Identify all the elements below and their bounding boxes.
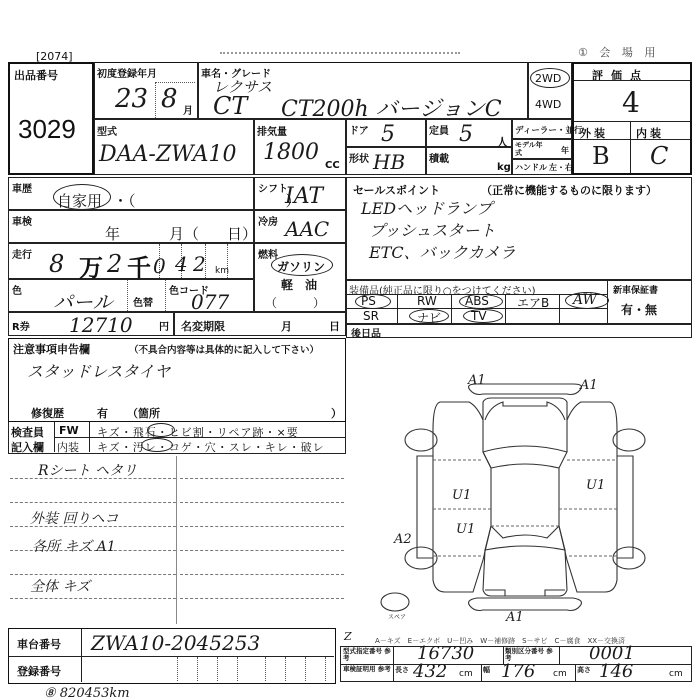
inspection-year-unit: 年 <box>105 223 120 244</box>
interior-items: キズ・汚レ・コゲ・穴・スレ・キレ・破レ <box>97 439 325 455</box>
damage-mark: U1 <box>456 522 475 537</box>
mileage-man-unit: 万 <box>79 248 103 283</box>
divider <box>155 82 156 118</box>
shift-value: IAT <box>285 184 323 209</box>
equipment-cell: 装備品(純正品に限り○をつけてください) 新車保証書 有・無 PS RW ABS… <box>346 280 692 324</box>
aircon-value: AAC <box>285 217 329 241</box>
divider <box>325 657 326 681</box>
remark-text: 全体 キズ <box>30 576 90 596</box>
lot-number-label: 出品番号 <box>14 67 58 83</box>
mileage-digit: 0 <box>153 254 166 278</box>
remark-line <box>180 574 344 575</box>
fuel-cell: 燃料 ガソリン 軽 油 （ ） <box>254 243 346 312</box>
registration-month: 8 <box>161 84 178 114</box>
divider <box>197 657 198 681</box>
notes-cell: 注意事項申告欄 （不具合内容等は具体的に記入して下さい） スタッドレスタイヤ 修… <box>8 338 346 422</box>
color-code: 077 <box>191 290 229 314</box>
model-year-cell: モデル年式 年 <box>512 139 572 159</box>
width-label: 幅 <box>483 665 490 675</box>
fuel-other: （ ） <box>265 294 325 311</box>
color-change-label: 色替 <box>133 294 153 309</box>
later-items-cell: 後日品 <box>346 324 692 338</box>
height-label: 高さ <box>577 665 591 675</box>
shape-cell: 形状 HB <box>346 147 426 175</box>
divider <box>574 80 690 81</box>
divider <box>559 647 560 664</box>
legend-mark: Z <box>344 630 352 643</box>
dealer-label: ディーラー・並行 <box>515 124 582 136</box>
divider <box>165 280 166 311</box>
notes-label: 注意事項申告欄 <box>13 341 90 357</box>
capacity-cell: 定員 5 人 <box>426 119 512 147</box>
mileage-label: 走行 <box>12 246 32 261</box>
divider <box>397 294 398 323</box>
name-change-label: 名変期限 <box>181 318 225 334</box>
selected-circle <box>271 254 333 276</box>
repair-location: （箇所 <box>127 405 160 421</box>
remark-line <box>180 502 344 503</box>
divider <box>451 294 452 323</box>
warranty-value[interactable]: 有・無 <box>621 301 657 318</box>
header-faint-line <box>220 52 460 54</box>
divider <box>575 664 576 681</box>
divider <box>217 657 218 681</box>
drive-4wd[interactable]: 4WD <box>535 98 561 111</box>
height-value: 146 <box>599 661 633 682</box>
color-label: 色 <box>12 282 22 297</box>
divider <box>505 294 506 323</box>
registration-label: 初度登録年月 <box>97 65 157 80</box>
shift-cell: シフト IAT <box>254 177 346 210</box>
remark-text: 各所 キズ A1 <box>32 536 116 556</box>
remark-line <box>180 550 344 551</box>
spare-label: スペア <box>388 612 406 621</box>
chassis-footnote: ⑧ 820453km <box>44 686 130 700</box>
displacement-cell: 排気量 1800 CC <box>254 119 346 175</box>
selected-circle <box>141 438 173 452</box>
selected-circle <box>530 68 570 88</box>
displacement-unit: CC <box>325 160 340 171</box>
fw-label: FW <box>59 424 79 437</box>
recycle-label: R券 <box>12 318 30 333</box>
damage-mark: U1 <box>586 478 605 493</box>
divider <box>155 82 195 83</box>
displacement-label: 排気量 <box>257 123 287 138</box>
divider <box>393 647 394 681</box>
color-value: パール <box>53 286 113 315</box>
load-unit: kg <box>497 162 511 173</box>
recycle-value: 12710 <box>69 313 133 337</box>
divider <box>237 657 238 681</box>
mileage-digit: 4 <box>175 252 188 276</box>
car-name-cell: 車名・グレード レクサス CT CT200h バージョンC <box>198 62 528 119</box>
divider <box>481 664 482 681</box>
divider <box>574 121 690 122</box>
length-label: 長さ <box>395 665 409 675</box>
model-code-cell: 型式 DAA-ZWA10 <box>94 119 254 175</box>
repair-close: ） <box>331 405 342 421</box>
warranty-label: 新車保証書 <box>613 283 658 296</box>
repair-value: 有 <box>97 405 108 421</box>
remark-text: Rシート ヘタリ <box>38 460 137 480</box>
fw-items: キズ・飛石・ヒビ割・リペア跡・×要 <box>97 424 299 440</box>
selected-circle <box>355 294 391 309</box>
width-unit: cm <box>553 669 567 679</box>
notes-hint: （不具合内容等は具体的に記入して下さい） <box>129 342 319 356</box>
inspection-day-unit: 日） <box>227 223 257 244</box>
doors-label: ドア <box>349 122 369 137</box>
cert-label: 車検証明用 参考 <box>343 666 391 673</box>
remark-line <box>10 574 176 575</box>
inspection-cell: 車検 年 月（ 日） <box>8 210 254 243</box>
capacity: 5 <box>459 122 473 147</box>
registration-cell: 初度登録年月 23 8 月 <box>94 62 198 119</box>
repair-label: 修復歴 <box>31 405 64 421</box>
model-year-unit: 年 <box>561 145 569 156</box>
mileage-sen-unit: 千 <box>127 248 151 283</box>
aircon-label: 冷房 <box>258 213 278 228</box>
aircon-cell: 冷房 AAC <box>254 210 346 243</box>
remark-line <box>10 502 176 503</box>
length-unit: cm <box>459 669 473 679</box>
capacity-label: 定員 <box>429 122 449 137</box>
load-label: 積載 <box>429 150 449 165</box>
car-damage-diagram <box>345 340 700 620</box>
shape: HB <box>373 150 405 174</box>
specs-box: 型式指定番号 参考 16730 類別区分番号 参考 0001 車検証明用 参考 … <box>340 646 692 682</box>
interior-inspect-label: 内装 <box>57 439 79 455</box>
recycle-unit: 円 <box>159 318 169 333</box>
history-cell: 車歴 自家用 ・（ ） <box>8 177 254 210</box>
category-label: 類別区分番号 参考 <box>505 648 557 662</box>
selected-circle <box>459 294 503 309</box>
exterior-score: B <box>592 142 610 170</box>
inspector-label-1: 検査員 <box>11 424 44 440</box>
remark-text: 外装 回りヘコ <box>30 508 118 528</box>
remark-line <box>10 598 176 599</box>
chassis-number: ZWA10-2045253 <box>91 631 260 655</box>
lot-number-box: 出品番号 3029 <box>8 62 94 175</box>
sales-points-note: （正常に機能するものに限ります） <box>481 182 657 198</box>
registration-number-label: 登録番号 <box>17 663 61 679</box>
model-code-label: 型式 <box>97 123 117 138</box>
drive-cell: 2WD 4WD <box>528 62 572 119</box>
damage-mark: A1 <box>506 610 524 625</box>
name-change-cell: 名変期限 月 日 <box>174 312 346 336</box>
divider <box>305 657 306 681</box>
sales-point-line: プッシュスタート <box>369 218 496 241</box>
shape-label: 形状 <box>349 150 369 165</box>
handle-label: ハンドル <box>515 162 547 173</box>
dealer-cell: ディーラー・並行 <box>512 119 572 139</box>
displacement: 1800 <box>263 140 319 165</box>
divider <box>176 456 177 624</box>
notes-text: スタッドレスタイヤ <box>27 359 170 382</box>
equip-rw[interactable]: RW <box>417 294 437 308</box>
chassis-label: 車台番号 <box>17 636 61 652</box>
divider <box>574 139 690 140</box>
mileage-unit: km <box>215 266 229 276</box>
doors: 5 <box>381 122 395 147</box>
venue-use-label: ① 会 場 用 <box>578 44 659 60</box>
sales-point-line: LEDヘッドランプ <box>361 196 492 219</box>
damage-legend: A－キズ E－エクボ U－凹み W－補修跡 S－サビ C－腐食 XX－交換済 <box>375 636 625 646</box>
selected-circle <box>147 423 175 437</box>
chassis-box: 車台番号 ZWA10-2045253 登録番号 <box>8 628 336 684</box>
inspector-cell: 検査員 記入欄 FW 内装 キズ・飛石・ヒビ割・リペア跡・×要 キズ・汚レ・コゲ… <box>8 422 346 454</box>
shift-label: シフト <box>258 180 288 195</box>
remark-line <box>180 478 344 479</box>
fuel-diesel[interactable]: 軽 油 <box>281 276 317 293</box>
sales-points-cell: セールスポイント （正常に機能するものに限ります） LEDヘッドランプ プッシュ… <box>346 177 692 280</box>
remark-line <box>180 526 344 527</box>
equip-sr[interactable]: SR <box>363 309 379 323</box>
inspection-month-unit: 月（ <box>169 223 199 244</box>
divider <box>265 657 266 681</box>
mileage-sen: 2 <box>107 250 122 278</box>
divider <box>127 280 128 311</box>
color-cell: 色 パール 色替 色コード 077 <box>8 279 254 312</box>
interior-score: C <box>650 142 668 170</box>
later-items-label: 後日品 <box>351 325 381 340</box>
model-year-label: モデル年式 <box>515 141 549 157</box>
height-unit: cm <box>669 669 683 679</box>
history-label: 車歴 <box>12 180 32 195</box>
overall-score: 4 <box>622 86 640 119</box>
type-designation-label: 型式指定番号 参考 <box>343 648 391 662</box>
car-model: CT <box>213 92 247 120</box>
handle-value: 左・右 <box>549 162 573 173</box>
damage-mark: A1 <box>468 373 486 388</box>
lot-number: 3029 <box>18 114 76 145</box>
sales-point-line: ETC、バックカメラ <box>369 240 516 263</box>
remark-line <box>180 598 344 599</box>
score-box: 評価点 4 外装 内装 B C <box>572 62 692 175</box>
selected-circle <box>463 309 503 323</box>
divider <box>559 294 560 323</box>
mileage-cell: 走行 8 万 2 千 0 4 2 km <box>8 243 254 279</box>
length-value: 432 <box>413 661 447 682</box>
selected-circle <box>565 292 609 309</box>
divider <box>177 657 178 681</box>
name-change-month: 月 <box>281 318 292 334</box>
damage-mark: A1 <box>580 378 598 393</box>
selected-circle <box>53 184 111 210</box>
mileage-digit: 2 <box>193 252 206 276</box>
mileage-man: 8 <box>49 250 64 278</box>
model-code: DAA-ZWA10 <box>99 142 237 167</box>
damage-mark: A2 <box>394 532 412 547</box>
equip-airbag[interactable]: エアB <box>517 294 549 311</box>
doors-cell: ドア 5 <box>346 119 426 147</box>
name-change-day: 日 <box>329 318 340 334</box>
month-unit: 月 <box>183 102 193 117</box>
recycle-cell: R券 12710 円 <box>8 312 174 336</box>
divider <box>630 121 631 173</box>
width-value: 176 <box>501 661 535 682</box>
damage-mark: U1 <box>452 488 471 503</box>
registration-year: 23 <box>115 84 148 114</box>
inspection-label: 車検 <box>12 213 32 228</box>
divider <box>285 657 286 681</box>
load-cell: 積載 kg <box>426 147 512 175</box>
selected-circle <box>409 309 449 323</box>
handle-cell: ハンドル 左・右 <box>512 159 572 175</box>
inspector-label-2: 記入欄 <box>11 439 44 455</box>
